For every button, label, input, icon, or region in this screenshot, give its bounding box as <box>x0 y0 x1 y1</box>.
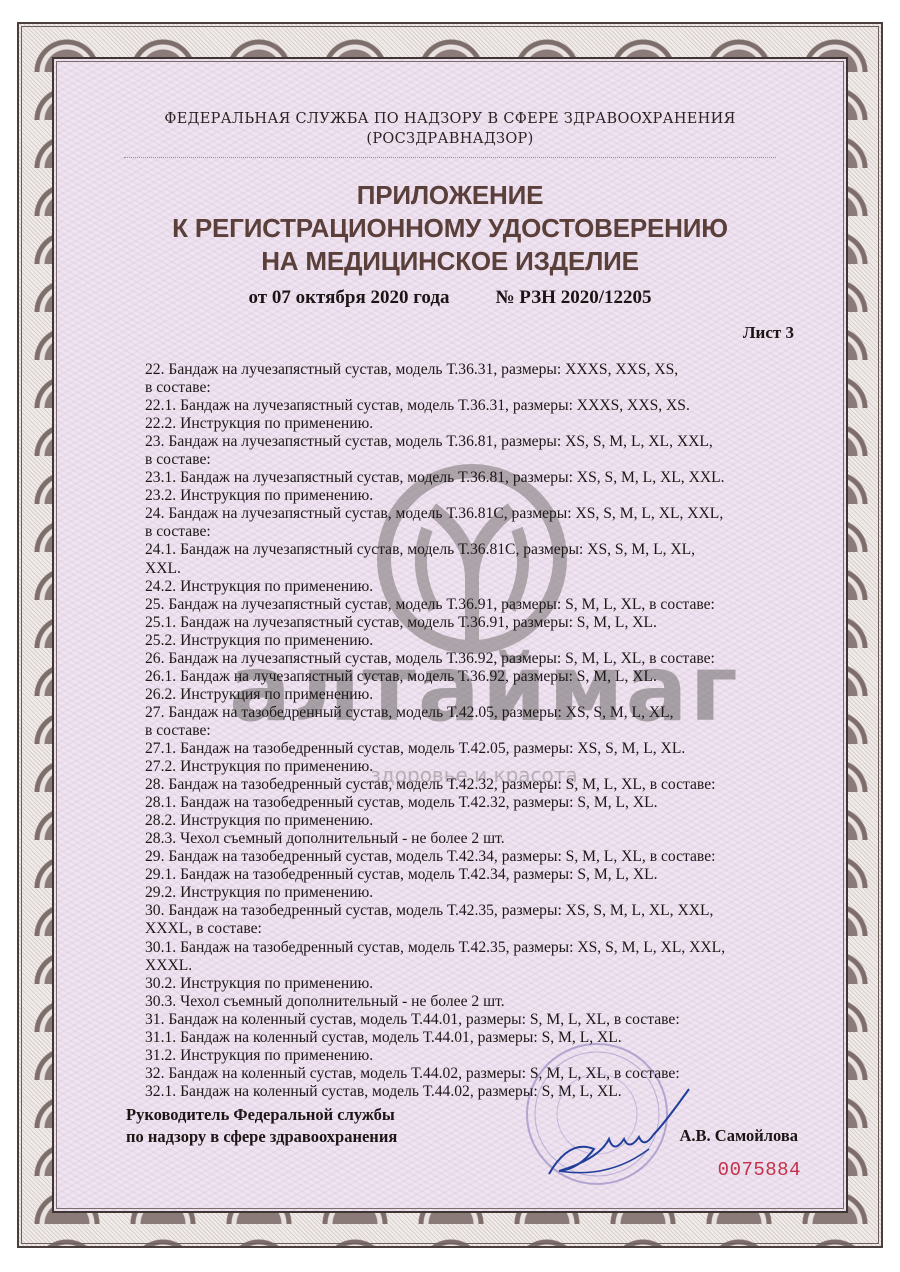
list-item: 30.1. Бандаж на тазобедренный сустав, мо… <box>145 939 835 957</box>
position-line-1: Руководитель Федеральной службы <box>126 1104 397 1126</box>
document-title: ПРИЛОЖЕНИЕ К РЕГИСТРАЦИОННОМУ УДОСТОВЕРЕ… <box>54 179 846 278</box>
list-item: 25.1. Бандаж на лучезапястный сустав, мо… <box>145 614 835 632</box>
registration-line: от 07 октября 2020 года№ РЗН 2020/12205 <box>54 287 846 309</box>
list-item: 24.2. Инструкция по применению. <box>145 578 835 596</box>
list-item: 32.1. Бандаж на коленный сустав, модель … <box>145 1083 835 1101</box>
list-item: 32. Бандаж на коленный сустав, модель Т.… <box>145 1065 835 1083</box>
signatory-position: Руководитель Федеральной службы по надзо… <box>126 1104 397 1148</box>
list-item: 29.1. Бандаж на тазобедренный сустав, мо… <box>145 866 835 884</box>
list-item: 26.1. Бандаж на лучезапястный сустав, мо… <box>145 668 835 686</box>
registration-number: № РЗН 2020/12205 <box>495 287 651 309</box>
list-item: XXXL. <box>145 957 835 975</box>
header-divider <box>124 157 776 158</box>
certificate-sheet: ФЕДЕРАЛЬНАЯ СЛУЖБА ПО НАДЗОРУ В СФЕРЕ ЗД… <box>52 57 848 1213</box>
list-item: 27.1. Бандаж на тазобедренный сустав, мо… <box>145 740 835 758</box>
list-item: 30. Бандаж на тазобедренный сустав, моде… <box>145 902 835 920</box>
list-item: в составе: <box>145 379 835 397</box>
list-item: 24.1. Бандаж на лучезапястный сустав, мо… <box>145 541 835 559</box>
list-item: 22.1. Бандаж на лучезапястный сустав, мо… <box>145 397 835 415</box>
agency-name: ФЕДЕРАЛЬНАЯ СЛУЖБА ПО НАДЗОРУ В СФЕРЕ ЗД… <box>54 109 846 129</box>
sheet-number: Лист 3 <box>743 323 794 343</box>
list-item: в составе: <box>145 722 835 740</box>
issuing-agency: ФЕДЕРАЛЬНАЯ СЛУЖБА ПО НАДЗОРУ В СФЕРЕ ЗД… <box>54 109 846 149</box>
list-item: 31.2. Инструкция по применению. <box>145 1047 835 1065</box>
list-item: 30.3. Чехол съемный дополнительный - не … <box>145 993 835 1011</box>
registration-date: от 07 октября 2020 года <box>249 287 450 309</box>
list-item: 30.2. Инструкция по применению. <box>145 975 835 993</box>
list-item: 28.3. Чехол съемный дополнительный - не … <box>145 830 835 848</box>
list-item: 28.1. Бандаж на тазобедренный сустав, мо… <box>145 794 835 812</box>
list-item: XXL. <box>145 560 835 578</box>
list-item: 28. Бандаж на тазобедренный сустав, моде… <box>145 776 835 794</box>
list-item: 24. Бандаж на лучезапястный сустав, моде… <box>145 505 835 523</box>
list-item: 23.1. Бандаж на лучезапястный сустав, мо… <box>145 469 835 487</box>
list-item: 26. Бандаж на лучезапястный сустав, моде… <box>145 650 835 668</box>
list-item: 27.2. Инструкция по применению. <box>145 758 835 776</box>
signature-icon <box>539 1079 709 1189</box>
list-item: в составе: <box>145 523 835 541</box>
list-item: 25.2. Инструкция по применению. <box>145 632 835 650</box>
device-list: 22. Бандаж на лучезапястный сустав, моде… <box>145 361 835 1101</box>
list-item: 28.2. Инструкция по применению. <box>145 812 835 830</box>
title-line-3: НА МЕДИЦИНСКОЕ ИЗДЕЛИЕ <box>54 245 846 278</box>
list-item: 22. Бандаж на лучезапястный сустав, моде… <box>145 361 835 379</box>
list-item: 22.2. Инструкция по применению. <box>145 415 835 433</box>
list-item: XXXL, в составе: <box>145 920 835 938</box>
list-item: 26.2. Инструкция по применению. <box>145 686 835 704</box>
list-item: 23. Бандаж на лучезапястный сустав, моде… <box>145 433 835 451</box>
list-item: 29. Бандаж на тазобедренный сустав, моде… <box>145 848 835 866</box>
title-line-2: К РЕГИСТРАЦИОННОМУ УДОСТОВЕРЕНИЮ <box>54 212 846 245</box>
list-item: 31.1. Бандаж на коленный сустав, модель … <box>145 1029 835 1047</box>
agency-abbreviation: (РОСЗДРАВНАДЗОР) <box>54 129 846 149</box>
position-line-2: по надзору в сфере здравоохранения <box>126 1126 397 1148</box>
list-item: 31. Бандаж на коленный сустав, модель Т.… <box>145 1011 835 1029</box>
list-item: 27. Бандаж на тазобедренный сустав, моде… <box>145 704 835 722</box>
serial-number: 0075884 <box>718 1159 801 1181</box>
list-item: в составе: <box>145 451 835 469</box>
list-item: 25. Бандаж на лучезапястный сустав, моде… <box>145 596 835 614</box>
list-item: 29.2. Инструкция по применению. <box>145 884 835 902</box>
list-item: 23.2. Инструкция по применению. <box>145 487 835 505</box>
title-line-1: ПРИЛОЖЕНИЕ <box>54 179 846 212</box>
